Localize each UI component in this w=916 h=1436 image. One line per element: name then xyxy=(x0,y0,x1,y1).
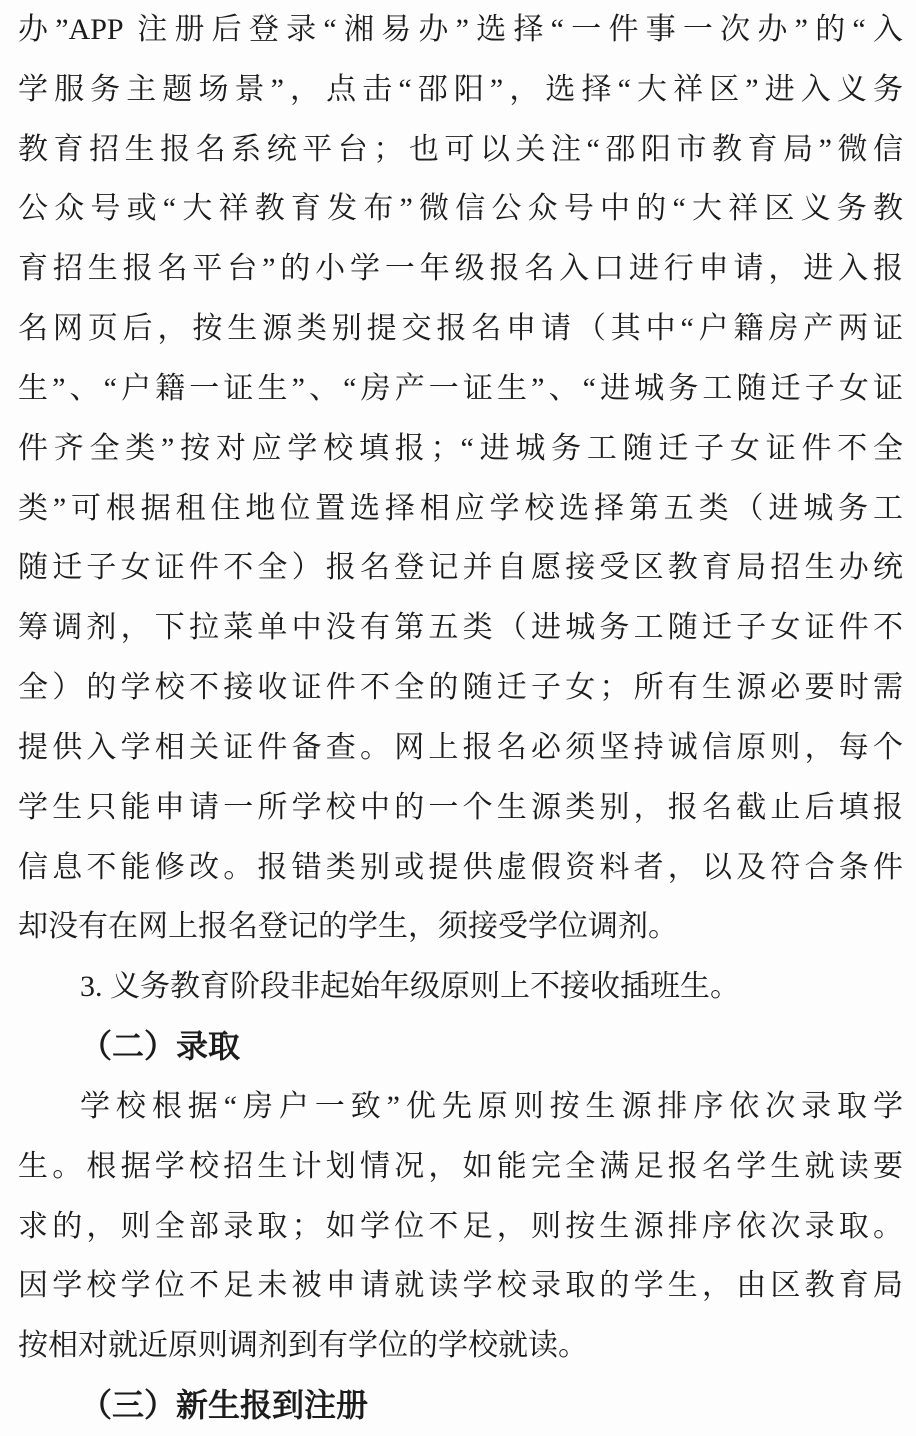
text-line: 随迁子女证件不全）报名登记并自愿接受区教育局招生办统 xyxy=(18,538,903,598)
text-line: 名网页后，按生源类别提交报名申请（其中“户籍房产两证 xyxy=(18,299,903,359)
text-line: 学服务主题场景”，点击“邵阳”，选择“大祥区”进入义务 xyxy=(18,60,903,120)
text-line: 生”、“户籍一证生”、“房产一证生”、“进城务工随迁子女证 xyxy=(18,359,903,419)
document-page: 办”APP 注册后登录“湘易办”选择“一件事一次办”的“入 学服务主题场景”，点… xyxy=(0,0,916,1436)
text-line: 教育招生报名系统平台；也可以关注“邵阳市教育局”微信 xyxy=(18,120,903,180)
text-line: 求的，则全部录取；如学位不足，则按生源排序依次录取。 xyxy=(18,1197,903,1257)
list-item-3: 3. 义务教育阶段非起始年级原则上不接收插班生。 xyxy=(18,957,903,1017)
text-line: 件齐全类”按对应学校填报；“进城务工随迁子女证件不全 xyxy=(18,419,903,479)
text-line: 公众号或“大祥教育发布”微信公众号中的“大祥区义务教 xyxy=(18,179,903,239)
text-line: 全）的学校不接收证件不全的随迁子女；所有生源必要时需 xyxy=(18,658,903,718)
text-line: 生。根据学校招生计划情况，如能完全满足报名学生就读要 xyxy=(18,1137,903,1197)
text-line: 学生只能申请一所学校中的一个生源类别，报名截止后填报 xyxy=(18,778,903,838)
text-line: 信息不能修改。报错类别或提供虚假资料者，以及符合条件 xyxy=(18,838,903,898)
text-line: 类”可根据租住地位置选择相应学校选择第五类（进城务工 xyxy=(18,479,903,539)
text-line: 学校根据“房户一致”优先原则按生源排序依次录取学 xyxy=(18,1077,903,1137)
text-line: 提供入学相关证件备查。网上报名必须坚持诚信原则，每个 xyxy=(18,718,903,778)
section-heading-admission: （二）录取 xyxy=(18,1017,903,1077)
text-line: 因学校学位不足未被申请就读学校录取的学生，由区教育局 xyxy=(18,1256,903,1316)
text-line: 按相对就近原则调剂到有学位的学校就读。 xyxy=(18,1316,903,1376)
text-line: 筹调剂，下拉菜单中没有第五类（进城务工随迁子女证件不 xyxy=(18,598,903,658)
text-line: 育招生报名平台”的小学一年级报名入口进行申请，进入报 xyxy=(18,239,903,299)
text-line: 办”APP 注册后登录“湘易办”选择“一件事一次办”的“入 xyxy=(18,0,903,60)
text-line: 却没有在网上报名登记的学生，须接受学位调剂。 xyxy=(18,897,903,957)
section-heading-registration: （三）新生报到注册 xyxy=(18,1376,903,1436)
